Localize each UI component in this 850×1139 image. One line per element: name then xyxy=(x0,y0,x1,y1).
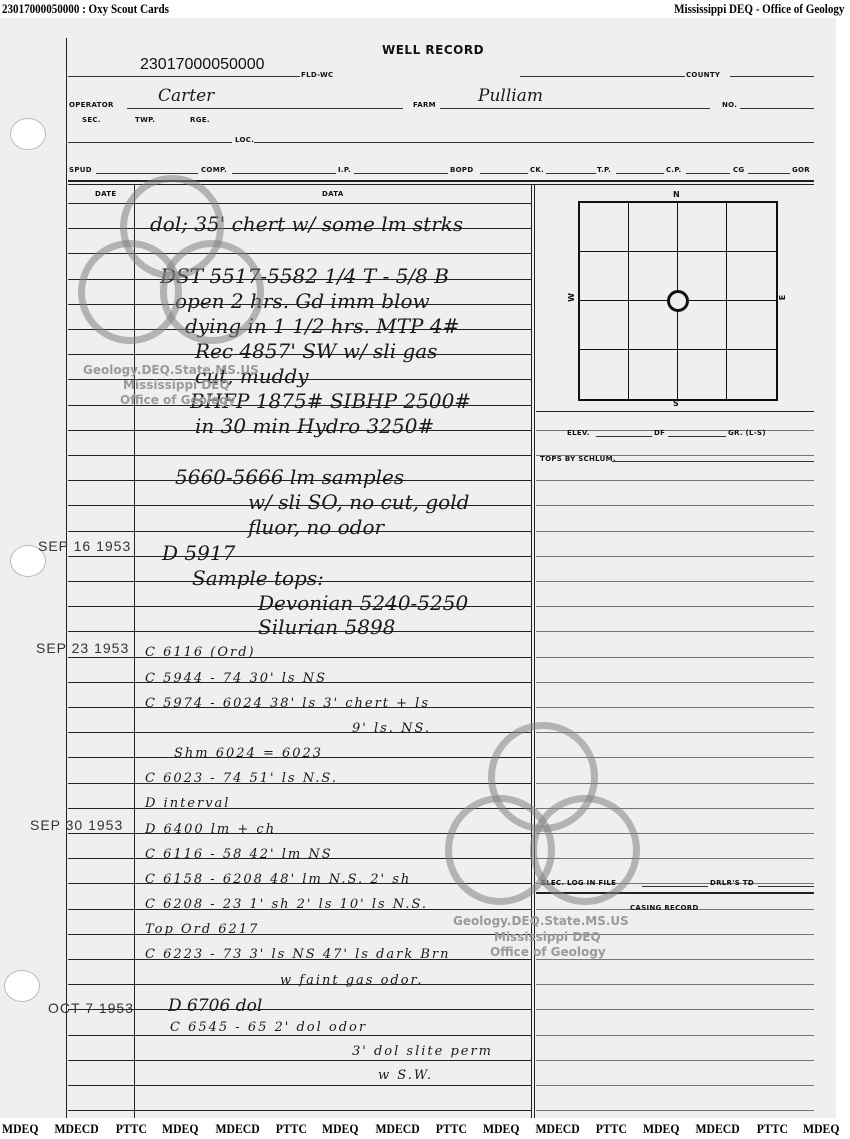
ledger-line-right xyxy=(536,480,814,481)
punch-hole-icon xyxy=(4,970,40,1002)
entry-text: in 30 min Hydro 3250# xyxy=(195,414,434,438)
footer-item: MDECD xyxy=(55,1121,99,1137)
drlr-td-underline xyxy=(758,886,814,887)
cp-label: C.P. xyxy=(666,166,682,174)
footer-item: PTTC xyxy=(596,1121,627,1137)
ledger-line xyxy=(68,732,531,733)
footer-item: MDECD xyxy=(375,1121,419,1137)
comp-label: COMP. xyxy=(201,166,227,174)
date-column-header: DATE xyxy=(95,190,116,198)
ledger-line-right xyxy=(536,1060,814,1061)
entry-date: SEP 23 1953 xyxy=(36,640,129,656)
entry-text: Silurian 5898 xyxy=(258,615,395,639)
ledger-line-right xyxy=(536,682,814,683)
elec-log-underline xyxy=(642,886,708,887)
df-underline xyxy=(668,436,726,437)
entry-text: 3' dol slite perm xyxy=(352,1044,493,1059)
ledger-line-right xyxy=(536,732,814,733)
north-label: N xyxy=(673,190,680,199)
spud-label: SPUD xyxy=(69,166,92,174)
entry-text: w/ sli SO, no cut, gold xyxy=(248,490,469,514)
spud-underline xyxy=(96,173,198,174)
ledger-line-right xyxy=(536,984,814,985)
operator-label: OPERATOR xyxy=(69,101,114,109)
ledger-line-right xyxy=(536,1085,814,1086)
drlr-td-label: DRLR'S TD xyxy=(710,879,754,887)
west-label: W xyxy=(567,293,576,302)
tops-underline xyxy=(612,461,814,462)
entry-text: C 6158 - 6208 48' lm N.S. 2' sh xyxy=(145,872,411,887)
comp-underline xyxy=(232,173,336,174)
ip-label: I.P. xyxy=(338,166,351,174)
entry-text: D 5917 xyxy=(162,541,235,565)
api-number: 23017000050000 xyxy=(140,56,265,74)
ledger-line-right xyxy=(536,531,814,532)
cg-label: CG xyxy=(733,166,744,174)
agency-title: Mississippi DEQ - Office of Geology xyxy=(674,1,844,17)
ledger-line-right xyxy=(536,1035,814,1036)
gor-label: GOR xyxy=(792,166,810,174)
ledger-line xyxy=(68,1035,531,1036)
entry-text: 5660-5666 lm samples xyxy=(175,465,404,489)
ledger-line-right xyxy=(536,505,814,506)
footer-item: MDECD xyxy=(696,1121,740,1137)
entry-text: Sample tops: xyxy=(192,566,324,590)
sec-label: SEC. xyxy=(82,116,101,124)
entry-date: SEP 16 1953 xyxy=(38,538,131,554)
footer-item: MDEQ xyxy=(483,1121,519,1137)
entry-text: C 6223 - 73 3' ls NS 47' ls dark Brn xyxy=(145,947,451,962)
entry-text: Rec 4857' SW w/ sli gas xyxy=(195,339,437,363)
punch-hole-icon xyxy=(10,118,46,150)
elev-label: ELEV. xyxy=(567,429,590,437)
watermark-line3: Office of Geology xyxy=(120,393,236,407)
footer-item: MDECD xyxy=(215,1121,259,1137)
data-column-divider-2 xyxy=(534,184,535,1118)
df-label: DF xyxy=(654,429,665,437)
county-label: COUNTY xyxy=(686,71,720,79)
document-title: 23017000050000 : Oxy Scout Cards xyxy=(2,1,169,17)
footer-item: PTTC xyxy=(115,1121,146,1137)
entry-text: C 5974 - 6024 38' ls 3' chert + ls xyxy=(145,696,430,711)
loc-label: LOC. xyxy=(235,136,254,144)
ledger-line-right xyxy=(536,606,814,607)
footer-banner: MDEQMDECDPTTCMDEQMDECDPTTCMDEQMDECDPTTCM… xyxy=(0,1121,850,1139)
tops-by-schlum-label: TOPS BY SCHLUM. xyxy=(540,455,616,463)
ledger-line xyxy=(68,1009,531,1010)
cg-underline xyxy=(748,173,790,174)
ledger-line xyxy=(68,657,531,658)
entry-text: D interval xyxy=(145,796,230,811)
twp-label: TWP. xyxy=(135,116,155,124)
entry-text: C 6116 (Ord) xyxy=(145,645,256,660)
section-location-grid xyxy=(578,201,778,401)
ledger-line xyxy=(68,1085,531,1086)
farm-value: Pulliam xyxy=(478,86,543,106)
entry-text: Shm 6024 = 6023 xyxy=(174,746,323,761)
rge-label: RGE. xyxy=(190,116,210,124)
grid-bottom-divider xyxy=(536,411,814,412)
ledger-line xyxy=(68,934,531,935)
county-value-underline xyxy=(730,76,814,77)
operator-underline xyxy=(127,108,403,109)
tp-underline xyxy=(616,173,664,174)
county-underline xyxy=(520,76,685,77)
gr-label: GR. (L-S) xyxy=(728,429,766,437)
entry-date: SEP 30 1953 xyxy=(30,817,123,833)
ledger-line-right xyxy=(536,631,814,632)
watermark-line1: Geology.DEQ.State.MS.US xyxy=(83,363,259,377)
east-label: E xyxy=(778,295,787,300)
footer-item: PTTC xyxy=(276,1121,307,1137)
entry-text: C 6023 - 74 51' ls N.S. xyxy=(145,771,338,786)
loc-underline xyxy=(254,142,814,143)
watermark-line2: Mississippi DEQ xyxy=(494,930,601,944)
ledger-line-right xyxy=(536,556,814,557)
footer-item: PTTC xyxy=(436,1121,467,1137)
entry-text: Devonian 5240-5250 xyxy=(258,591,468,615)
entry-text: w faint gas odor. xyxy=(280,973,423,988)
bopd-underline xyxy=(480,173,528,174)
entry-text: C 6116 - 58 42' lm NS xyxy=(145,847,333,862)
well-location-icon xyxy=(667,290,689,312)
sec-twp-rge-underline xyxy=(68,142,232,143)
footer-item: MDEQ xyxy=(803,1121,839,1137)
page-header: 23017000050000 : Oxy Scout Cards Mississ… xyxy=(0,0,850,18)
ledger-line xyxy=(68,1110,531,1111)
entry-date: OCT 7 1953 xyxy=(48,1000,134,1016)
farm-underline xyxy=(440,108,710,109)
entry-text: C 6545 - 65 2' dol odor xyxy=(170,1020,367,1035)
cp-underline xyxy=(686,173,730,174)
watermark-line2: Mississippi DEQ xyxy=(123,378,230,392)
entry-text: D 6400 lm + ch xyxy=(145,822,276,837)
footer-item: MDEQ xyxy=(162,1121,198,1137)
ledger-line xyxy=(68,455,531,456)
no-label: NO. xyxy=(722,101,737,109)
ip-underline xyxy=(354,173,448,174)
bopd-label: BOPD xyxy=(450,166,473,174)
card-left-border xyxy=(66,38,67,1118)
casing-record-label: CASING RECORD xyxy=(630,904,699,912)
footer-item: PTTC xyxy=(756,1121,787,1137)
watermark-line1: Geology.DEQ.State.MS.US xyxy=(453,914,629,928)
ledger-line-right xyxy=(536,959,814,960)
entry-text: C 6208 - 23 1' sh 2' ls 10' ls N.S. xyxy=(145,897,428,912)
footer-item: MDECD xyxy=(536,1121,580,1137)
footer-item: MDEQ xyxy=(322,1121,358,1137)
fld-wc-label: FLD-WC xyxy=(301,71,333,79)
data-column-divider xyxy=(531,184,532,1118)
entry-text: w S.W. xyxy=(378,1068,433,1083)
ck-underline xyxy=(546,173,596,174)
operator-value: Carter xyxy=(158,86,214,106)
watermark-line3: Office of Geology xyxy=(490,945,606,959)
entry-text: 9' ls. NS. xyxy=(352,721,431,736)
form-title: WELL RECORD xyxy=(382,43,484,57)
entry-text: fluor, no odor xyxy=(248,515,384,539)
entry-text: C 5944 - 74 30' ls NS xyxy=(145,671,327,686)
ledger-line-right xyxy=(536,1110,814,1111)
ledger-line-right xyxy=(536,707,814,708)
ledger-line xyxy=(68,556,531,557)
elev-underline xyxy=(596,436,652,437)
entry-text: Top Ord 6217 xyxy=(145,922,259,937)
entry-text: D 6706 dol xyxy=(168,996,262,1016)
ledger-line-right xyxy=(536,1009,814,1010)
farm-label: FARM xyxy=(413,101,436,109)
no-underline xyxy=(740,108,814,109)
footer-item: MDEQ xyxy=(2,1121,38,1137)
ledger-line xyxy=(68,1060,531,1061)
tp-label: T.P. xyxy=(597,166,611,174)
ledger-line-right xyxy=(536,581,814,582)
ck-label: CK. xyxy=(530,166,544,174)
fld-underline xyxy=(68,76,300,77)
ledger-line-right xyxy=(536,657,814,658)
footer-item: MDEQ xyxy=(643,1121,679,1137)
data-column-header: DATA xyxy=(322,190,344,198)
